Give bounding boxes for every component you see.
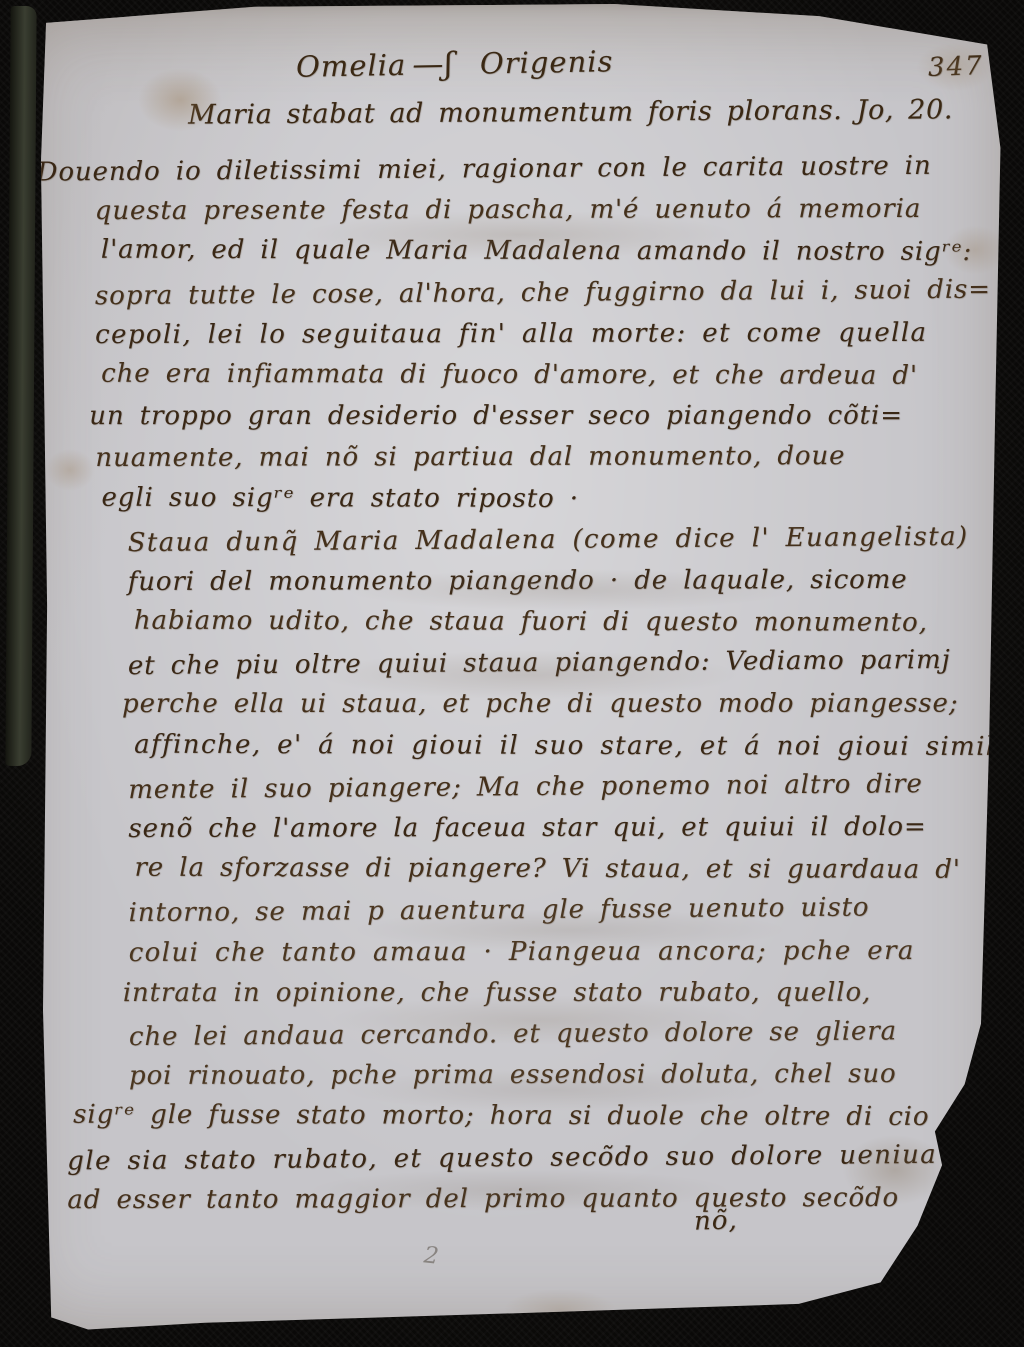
manuscript-line: sopra tutte le cose, al'hora, che fuggir… bbox=[95, 269, 999, 317]
stray-pencil-mark: 2 bbox=[423, 1242, 440, 1269]
manuscript-page: Omelia—ʃ Origenis 347 Maria stabat ad mo… bbox=[0, 0, 1024, 1347]
manuscript-line: sigʳᵉ gle fusse stato morto; hora si duo… bbox=[73, 1095, 1007, 1139]
manuscript-line: et che piu oltre quiui staua piangendo: … bbox=[128, 640, 1000, 688]
manuscript-line: fuori del monumento piangendo · de laqua… bbox=[128, 560, 1000, 603]
manuscript-line: questa presente festa di pascha, m'é uen… bbox=[95, 189, 999, 233]
manuscript-line: ad esser tanto maggior del primo quanto … bbox=[67, 1177, 1001, 1221]
body-text: Douendo io diletissimi miei, ragionar co… bbox=[0, 148, 1001, 1221]
binding-edge bbox=[5, 6, 36, 766]
manuscript-scan-background: { "document": { "header": { "title_left"… bbox=[0, 0, 1024, 1347]
manuscript-line: senõ che l'amore la faceua star qui, et … bbox=[128, 807, 1000, 850]
homily-title-left: Omelia bbox=[296, 48, 407, 84]
catchword: nõ, bbox=[694, 1205, 738, 1236]
manuscript-line: cepoli, lei lo seguitaua fin' alla morte… bbox=[95, 312, 999, 356]
homily-title-right: Origenis bbox=[480, 44, 614, 80]
manuscript-line: Douendo io diletissimi miei, ragionar co… bbox=[37, 145, 999, 193]
manuscript-line: intrata in opinione, che fusse stato rub… bbox=[123, 972, 995, 1014]
page-header: Omelia—ʃ Origenis bbox=[296, 43, 614, 85]
page-number: 347 bbox=[927, 51, 984, 83]
manuscript-line: l'amor, ed il quale Maria Madalena amand… bbox=[101, 230, 1005, 274]
title-flourish: —ʃ bbox=[406, 46, 460, 83]
manuscript-line: poi rinouato, pche prima essendosi dolut… bbox=[129, 1054, 1001, 1097]
manuscript-line: perche ella ui staua, et pche di questo … bbox=[122, 684, 994, 726]
manuscript-line: intorno, se mai p auentura gle fusse uen… bbox=[128, 887, 1000, 935]
manuscript-line: un troppo gran desiderio d'esser seco pi… bbox=[89, 396, 993, 438]
manuscript-line: habiamo udito, che staua fuori di questo… bbox=[134, 601, 1006, 644]
manuscript-line: nuamente, mai nõ si partiua dal monument… bbox=[95, 436, 999, 480]
manuscript-line: che era infiammata di fuoco d'amore, et … bbox=[101, 354, 1005, 398]
manuscript-line: colui che tanto amaua · Piangeua ancora;… bbox=[129, 930, 1001, 973]
manuscript-line: mente il suo piangere; Ma che ponemo noi… bbox=[128, 763, 1000, 811]
incipit-line: Maria stabat ad monumentum foris plorans… bbox=[188, 94, 953, 130]
manuscript-line: re la sforzasse di piangere? Vi staua, e… bbox=[134, 848, 1006, 891]
manuscript-line: che lei andaua cercando. et questo dolor… bbox=[129, 1010, 1001, 1058]
manuscript-line: affinche, e' á noi gioui il suo stare, e… bbox=[134, 724, 1006, 767]
manuscript-line: gle sia stato rubato, et questo secõdo s… bbox=[67, 1134, 1001, 1182]
manuscript-line: Staua dunq̃ Maria Madalena (come dice l'… bbox=[127, 516, 999, 564]
manuscript-line: egli suo sigʳᵉ era stato riposto · bbox=[101, 477, 1005, 521]
